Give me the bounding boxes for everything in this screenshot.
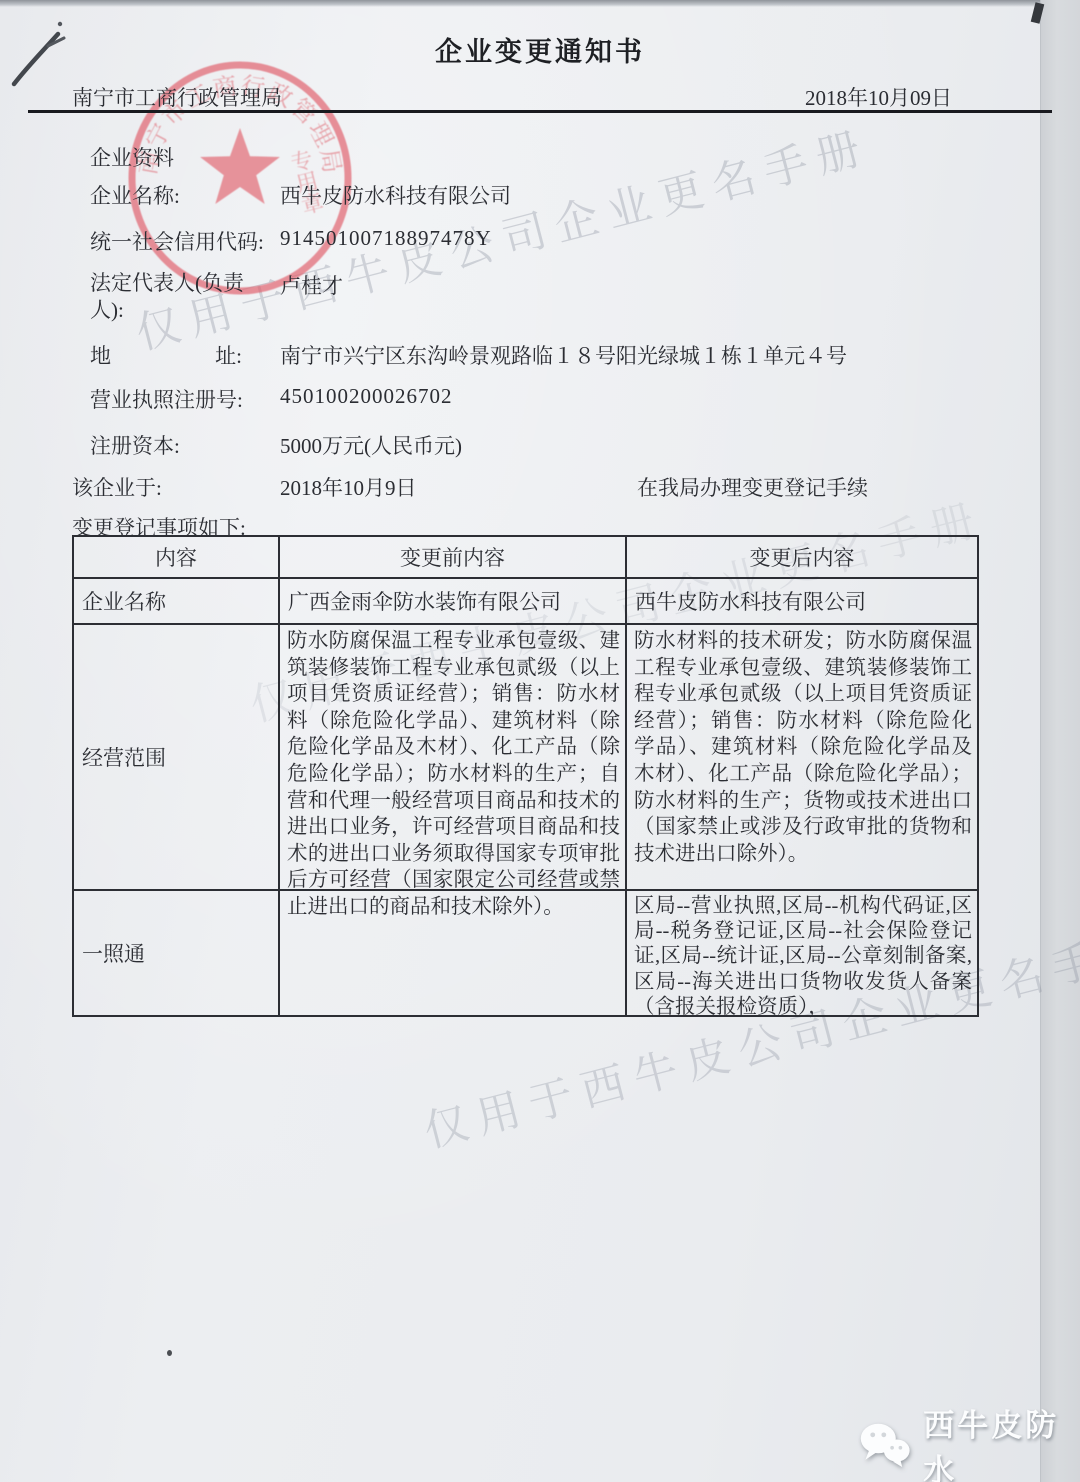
- row-license-item: 一照通: [74, 891, 280, 1015]
- scanned-document-page: 仅用于西牛皮公司企业更名手册 仅用于西牛皮公司企业更名手册 仅用于西牛皮公司企业…: [0, 0, 1080, 1482]
- row-scope-after: 防水材料的技术研发；防水防腐保温工程专业承包壹级、建筑装修装饰工程专业承包贰级（…: [627, 625, 977, 891]
- issue-date: 2018年10月09日: [805, 82, 952, 112]
- address-value: 南宁市兴宁区东沟岭景观路临１８号阳光绿城１栋１单元４号: [280, 340, 847, 370]
- row-license-after: 区局--营业执照,区局--机构代码证,区局--税务登记证,区局--社会保险登记证…: [627, 891, 977, 1015]
- table-header-after: 变更后内容: [627, 537, 977, 579]
- document-title: 企业变更通知书: [0, 30, 1080, 69]
- row-scope-item: 经营范围: [74, 625, 280, 891]
- scan-top-edge: [0, 0, 1080, 7]
- table-header-before: 变更前内容: [280, 537, 627, 579]
- change-date-value: 2018年10月9日: [280, 472, 417, 502]
- footer-brand-text: 西牛皮防水: [923, 1400, 1080, 1482]
- change-note: 在我局办理变更登记手续: [637, 472, 868, 502]
- address-label-char2: 址:: [215, 340, 242, 370]
- credit-code-value: 91450100718897478Y: [280, 226, 492, 251]
- table-header-item: 内容: [74, 537, 280, 579]
- company-name-value: 西牛皮防水科技有限公司: [280, 180, 511, 210]
- change-table: 内容 变更前内容 变更后内容 企业名称 广西金雨伞防水装饰有限公司 西牛皮防水科…: [72, 535, 979, 1017]
- row-company-item: 企业名称: [74, 579, 280, 625]
- address-label-char1: 地: [90, 340, 111, 370]
- row-company-after: 西牛皮防水科技有限公司: [627, 579, 977, 625]
- agency-name: 南宁市工商行政管理局: [72, 82, 282, 112]
- company-name-label: 企业名称:: [90, 180, 180, 210]
- seal-star-icon: [200, 128, 280, 204]
- wechat-icon: [858, 1419, 913, 1471]
- change-date-label: 该企业于:: [72, 472, 162, 502]
- paper-right-edge: [1040, 0, 1080, 1482]
- legal-rep-value: 卢桂才: [280, 270, 343, 300]
- credit-code-label: 统一社会信用代码:: [90, 226, 264, 256]
- header-rule: [28, 110, 1052, 113]
- row-scope-before: 防水防腐保温工程专业承包壹级、建筑装修装饰工程专业承包贰级（以上项目凭资质证经营…: [280, 625, 627, 891]
- address-label: 地 址:: [90, 340, 242, 370]
- footer-brand-logo: 西牛皮防水: [858, 1400, 1080, 1482]
- capital-label: 注册资本:: [90, 430, 180, 460]
- legal-rep-label: 法定代表人(负责 人):: [90, 270, 285, 324]
- section-label: 企业资料: [90, 142, 174, 172]
- capital-value: 5000万元(人民币元): [280, 430, 462, 460]
- license-no-label: 营业执照注册号:: [90, 384, 243, 414]
- license-no-value: 450100200026702: [280, 384, 453, 409]
- scan-speck: [167, 1350, 172, 1356]
- row-license-before: [280, 891, 627, 1015]
- row-company-before: 广西金雨伞防水装饰有限公司: [280, 579, 627, 625]
